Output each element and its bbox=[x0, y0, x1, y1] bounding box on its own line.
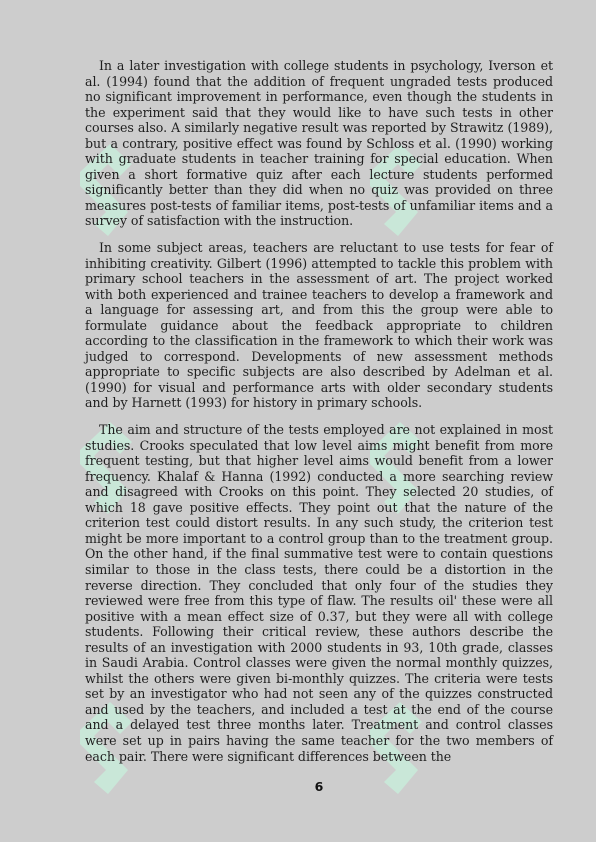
body-text: In a later investigation with college st… bbox=[85, 58, 553, 775]
page-number: 6 bbox=[0, 779, 596, 794]
paragraph-3: The aim and structure of the tests emplo… bbox=[85, 422, 553, 764]
paragraph-2: In some subject areas, teachers are relu… bbox=[85, 240, 553, 411]
paragraph-1: In a later investigation with college st… bbox=[85, 58, 553, 229]
document-page: In a later investigation with college st… bbox=[0, 0, 596, 842]
